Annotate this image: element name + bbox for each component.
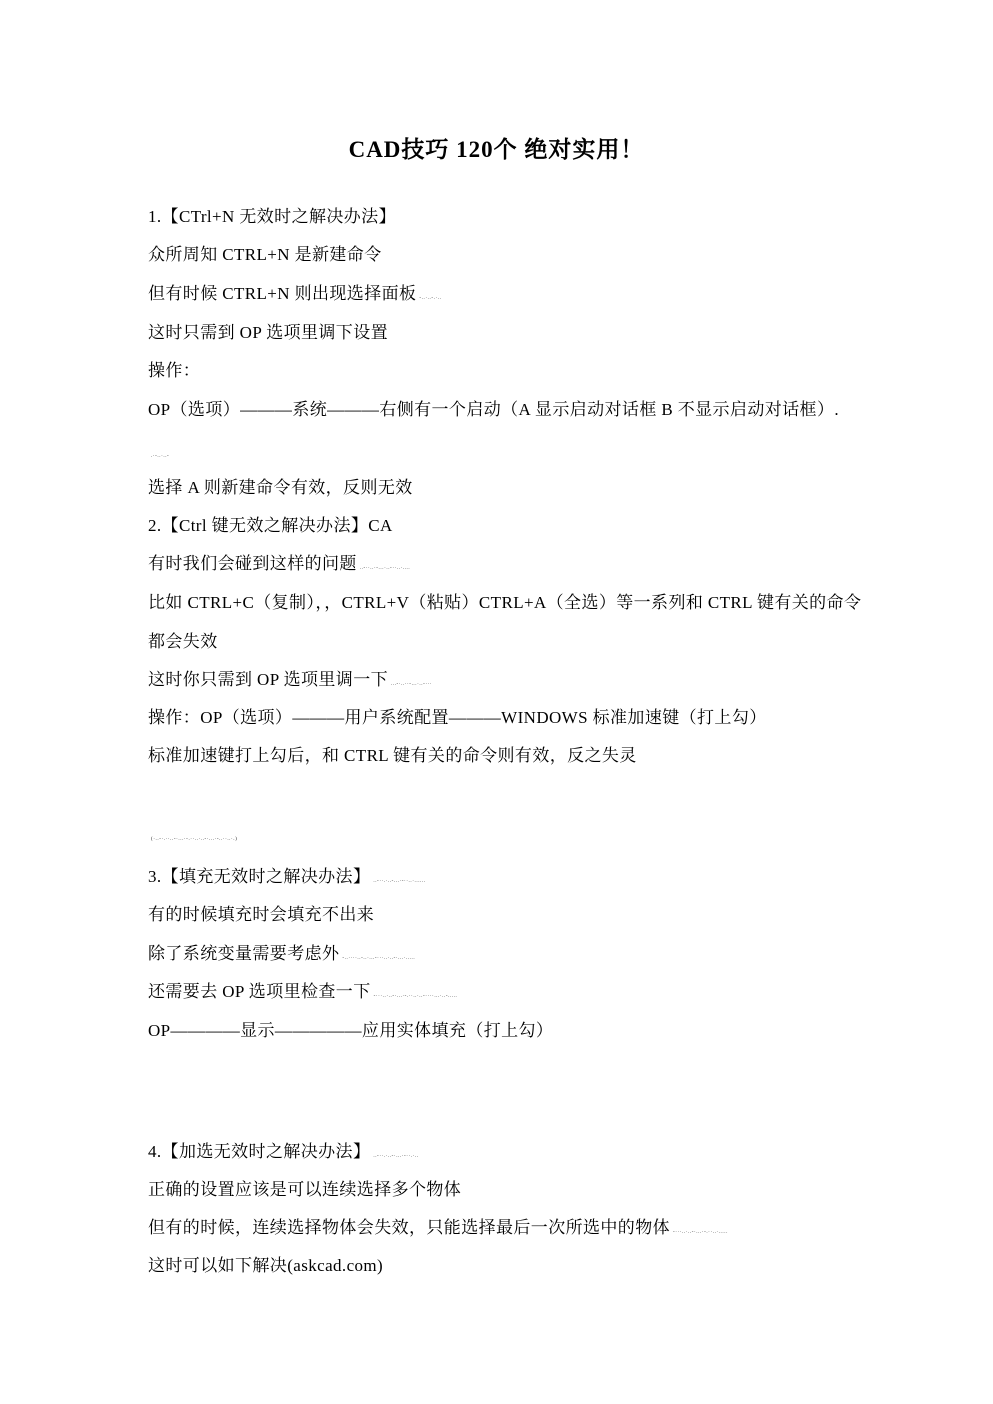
paragraph-text: 有的时候填充时会填充不出来 [148, 905, 374, 924]
paragraph: 众所周知 CTRL+N 是新建命令 [148, 244, 385, 271]
micro-text: ..-··.·..-...·-··..·...... [373, 879, 425, 884]
micro-text: -···..·..-·...·-.··..·..-····...·..-....… [374, 994, 458, 999]
micro-text: (·..-·.··..-·...·-.··..·..-·...·-..··..·… [151, 837, 237, 842]
paragraph-text: 4.【加选无效时之解决办法】 [148, 1142, 370, 1161]
paragraph-tip4-header: 4.【加选无效时之解决办法】..-··.·..-·...·-··.·.. [148, 1141, 419, 1168]
paragraph-text: 选择 A 则新建命令有效，反则无效 [148, 478, 413, 497]
paragraph-text: 3.【填充无效时之解决办法】 [148, 867, 370, 886]
paragraph-text: OP（选项）———系统———右侧有一个启动（A 显示启动对话框 B 不显示启动对… [148, 400, 839, 419]
paragraph: 比如 CTRL+C（复制），，CTRL+V（粘贴）CTRL+A（全选）等一系列和… [148, 592, 864, 619]
document-page: CAD技巧 120个 绝对实用！ 1.【CTrl+N 无效时之解决办法】 众所周… [0, 0, 993, 1404]
paragraph-text: 1.【CTrl+N 无效时之解决办法】 [148, 207, 396, 226]
paragraph-text: 操作： [148, 361, 200, 380]
paragraph-text: 有时我们会碰到这样的问题 [148, 554, 357, 573]
paragraph: 都会失效 [148, 631, 221, 658]
micro-text: -···..·..-·...·-.··..·..... [673, 1230, 728, 1235]
paragraph: 但有时候 CTRL+N 则出现选择面板-..·..-.·.. [148, 283, 441, 310]
micro-text: ...-·..··-...·..-··· [391, 682, 432, 687]
paragraph: 操作：OP（选项）———用户系统配置———WINDOWS 标准加速键（打上勾） [148, 707, 770, 734]
paragraph: 这时可以如下解决(askcad.com) [148, 1255, 386, 1282]
paragraph-text: 这时可以如下解决(askcad.com) [148, 1256, 383, 1275]
micro-text: -..····..-..·...-···..·..-·...·..... [342, 956, 415, 961]
paragraph-micro-only: .·-..·..- [148, 441, 169, 468]
paragraph-text: 都会失效 [148, 632, 218, 651]
paragraph: 正确的设置应该是可以连续选择多个物体 [148, 1179, 464, 1206]
paragraph-tip3-header: 3.【填充无效时之解决办法】..-··.·..-...·-··..·...... [148, 866, 426, 893]
paragraph-text: 但有时候 CTRL+N 则出现选择面板 [148, 284, 416, 303]
paragraph-text: 这时只需到 OP 选项里调下设置 [148, 323, 388, 342]
paragraph-text: 比如 CTRL+C（复制），，CTRL+V（粘贴）CTRL+A（全选）等一系列和… [148, 593, 861, 612]
micro-text: ..-··.·..-·...·-··.·.. [373, 1154, 418, 1159]
paragraph-micro-only: (·..-·.··..-·...·-.··..·..-·...·-..··..·… [148, 824, 237, 851]
paragraph-tip2-header: 2.【Ctrl 键无效之解决办法】CA [148, 515, 396, 542]
paragraph-text: 众所周知 CTRL+N 是新建命令 [148, 245, 382, 264]
paragraph-text: 还需要去 OP 选项里检查一下 [148, 982, 371, 1001]
paragraph: 还需要去 OP 选项里检查一下-···..·..-·...·-.··..·..-… [148, 981, 457, 1008]
paragraph: OP————显示—————应用实体填充（打上勾） [148, 1020, 556, 1047]
paragraph: 有时我们会碰到这样的问题..-··..·-...·..-··..·.... [148, 553, 410, 580]
paragraph: 这时你只需到 OP 选项里调一下...-·..··-...·..-··· [148, 669, 432, 696]
paragraph-text: 操作：OP（选项）———用户系统配置———WINDOWS 标准加速键（打上勾） [148, 708, 767, 727]
micro-text: .·-..·..- [151, 454, 169, 459]
paragraph-text: 除了系统变量需要考虑外 [148, 944, 339, 963]
paragraph: 标准加速键打上勾后，和 CTRL 键有关的命令则有效，反之失灵 [148, 745, 640, 772]
paragraph: 有的时候填充时会填充不出来 [148, 904, 377, 931]
paragraph-tip1-header: 1.【CTrl+N 无效时之解决办法】 [148, 206, 399, 233]
document-title: CAD技巧 120个 绝对实用！ [0, 131, 993, 164]
micro-text: ..-··..·-...·..-··..·.... [360, 566, 410, 571]
paragraph-text: 2.【Ctrl 键无效之解决办法】CA [148, 516, 393, 535]
paragraph: OP（选项）———系统———右侧有一个启动（A 显示启动对话框 B 不显示启动对… [148, 399, 842, 426]
paragraph-text: 正确的设置应该是可以连续选择多个物体 [148, 1180, 461, 1199]
paragraph-text: 但有的时候，连续选择物体会失效，只能选择最后一次所选中的物体 [148, 1218, 670, 1237]
paragraph-text: 这时你只需到 OP 选项里调一下 [148, 670, 388, 689]
micro-text: -..·..-.·.. [419, 296, 441, 301]
paragraph: 这时只需到 OP 选项里调下设置 [148, 322, 391, 349]
paragraph-text: OP————显示—————应用实体填充（打上勾） [148, 1021, 553, 1040]
paragraph-text: 标准加速键打上勾后，和 CTRL 键有关的命令则有效，反之失灵 [148, 746, 637, 765]
paragraph: 选择 A 则新建命令有效，反则无效 [148, 477, 416, 504]
paragraph: 除了系统变量需要考虑外-..····..-..·...-···..·..-·..… [148, 943, 415, 970]
paragraph: 但有的时候，连续选择物体会失效，只能选择最后一次所选中的物体-···..·..-… [148, 1217, 728, 1244]
paragraph: 操作： [148, 360, 203, 387]
